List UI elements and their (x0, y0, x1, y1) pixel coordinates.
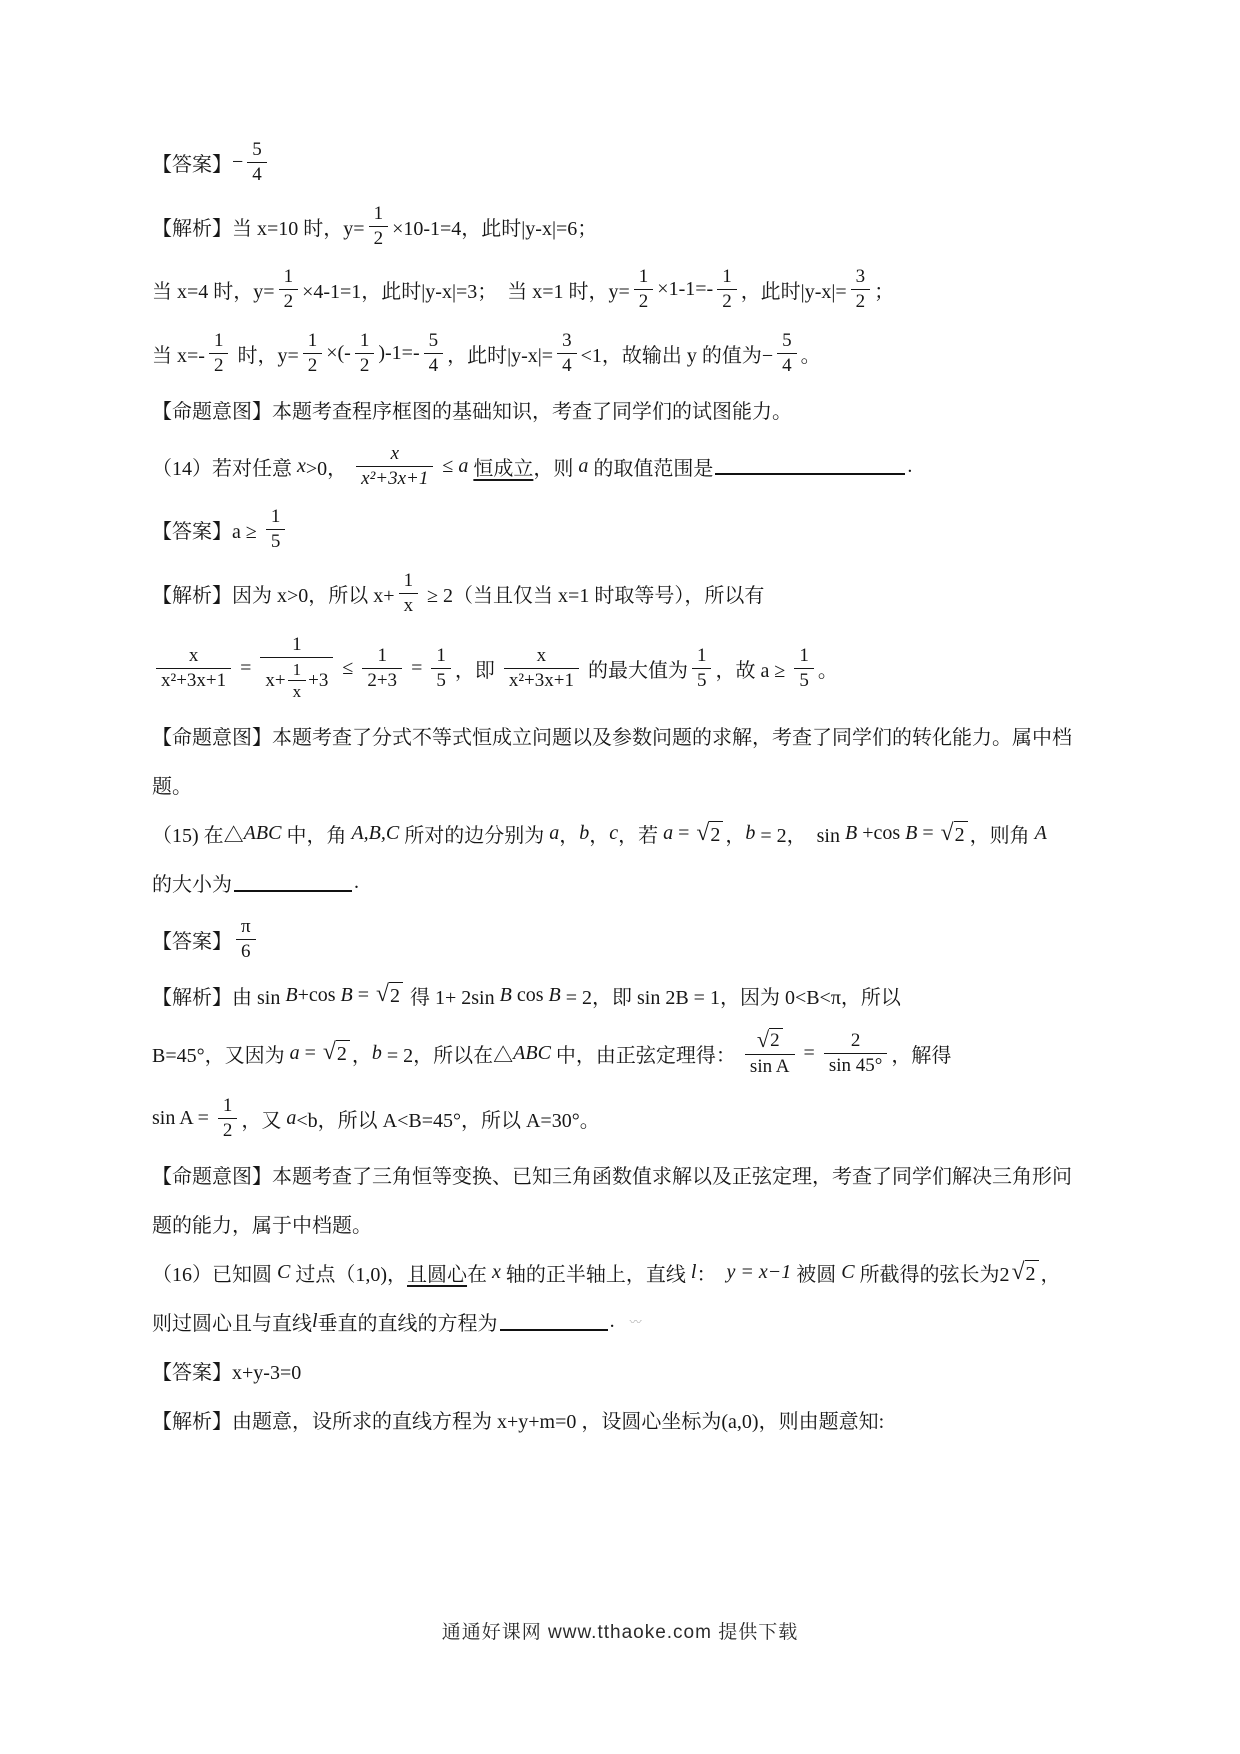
text-run: = (235, 657, 256, 680)
text-run: x+ (265, 670, 285, 692)
radicand: 2 (336, 1040, 350, 1066)
fraction-denominator: sin A (745, 1055, 795, 1079)
fraction-numerator: 1 (431, 644, 451, 669)
text-run: B=45°，又因为 (152, 1039, 290, 1068)
fraction-numerator: 1 (288, 659, 307, 682)
text-run: b (579, 822, 589, 845)
fraction-numerator: √2 (745, 1027, 795, 1055)
text-run: 。 (801, 339, 821, 368)
fraction: 1x (288, 659, 307, 703)
fraction: 1x+1x+3 (260, 633, 333, 704)
text-run: ： (696, 1258, 726, 1287)
fraction-numerator: 3 (557, 329, 577, 354)
text-run: = 2， sin (755, 819, 845, 848)
fraction-numerator: 1 (209, 329, 229, 354)
answer-blank (715, 457, 905, 475)
fraction-denominator: 2 (218, 1119, 238, 1143)
radicand: 2 (709, 821, 723, 847)
fraction-denominator: 2+3 (362, 669, 402, 693)
text-run: A,B,C (351, 822, 399, 845)
fraction-denominator: x (399, 594, 419, 618)
question-15: （15) 在△ABC 中，角 A,B,C 所对的边分别为 a，b，c，若 a =… (152, 817, 1144, 851)
text-run: ，解得 (891, 1039, 951, 1068)
answer-15: 【答案】π6 (152, 915, 1144, 964)
analysis-13-line-1: 【解析】当 x=10 时，y=12×10-1=4，此时|y-x|=6； (152, 202, 1144, 251)
fraction-numerator: 3 (851, 265, 871, 290)
text-run: （15) 在△ (152, 819, 244, 848)
fraction-denominator: 2 (279, 290, 299, 314)
text-run: ， (559, 819, 579, 848)
text-run: ×1-1=- (657, 278, 713, 301)
answer-16: 【答案】x+y-3=0 (152, 1354, 1144, 1388)
sqrt-expression: √2 (757, 1028, 783, 1053)
text-run: x (391, 443, 399, 465)
fraction-denominator: 2 (209, 354, 229, 378)
fraction-numerator: 1 (369, 202, 389, 227)
text-run: ，又 (241, 1104, 286, 1133)
text-run: . (354, 871, 359, 894)
intent-13: 【命题意图】本题考查程序框图的基础知识，考查了同学们的试图能力。 (152, 393, 1144, 427)
answer-14: 【答案】a ≥ 15 (152, 505, 1144, 554)
sqrt-expression: √2 (696, 821, 723, 847)
text-run: ，此时|y-x|= (447, 339, 553, 368)
text-run: 【命题意图】本题考查程序框图的基础知识，考查了同学们的试图能力。 (152, 395, 792, 424)
text-run: ， (589, 819, 609, 848)
text-run: +cos (857, 822, 905, 845)
fraction: 12 (279, 265, 299, 314)
fraction-numerator: 1 (362, 644, 402, 669)
fraction-denominator: sin 45° (824, 1054, 888, 1078)
fraction: 12 (369, 202, 389, 251)
fraction: 54 (247, 138, 267, 187)
text-run: ，即 (455, 654, 500, 683)
text-run: b (372, 1042, 382, 1065)
text-run: 中，由正弦定理得： (551, 1039, 741, 1068)
fraction-denominator: 2 (851, 290, 871, 314)
text-run: ， (352, 1039, 372, 1068)
fraction-denominator: 4 (557, 354, 577, 378)
analysis-16: 【解析】由题意，设所求的直线方程为 x+y+m=0 ，设圆心坐标为(a,0)，则… (152, 1403, 1144, 1437)
analysis-13-line-2: 当 x=4 时，y=12×4-1=1，此时|y-x|=3； 当 x=1 时，y=… (152, 265, 1144, 314)
text-run: +3 (308, 670, 328, 692)
fraction-numerator: 1 (692, 644, 712, 669)
fraction: 2sin 45° (824, 1029, 888, 1078)
fraction-denominator: 2 (717, 290, 737, 314)
text-run: a (663, 822, 673, 845)
text-run: sin A = (152, 1107, 214, 1130)
fraction-denominator: x²+3x+1 (504, 669, 579, 693)
radicand: 2 (1025, 1260, 1039, 1286)
fraction: 12 (355, 329, 375, 378)
text-run: cos (512, 984, 549, 1007)
analysis-15-line-2: B=45°，又因为 a = √2，b = 2，所以在△ABC 中，由正弦定理得：… (152, 1027, 1144, 1079)
text-run: ， (1041, 1258, 1061, 1287)
text-run: ，若 (618, 819, 663, 848)
text-run: （14）若对任意 (152, 452, 297, 481)
radicand: 2 (954, 821, 968, 847)
text-run: 【解析】当 x=10 时，y= (152, 212, 365, 241)
analysis-14-line-1: 【解析】因为 x>0，所以 x+1x ≥ 2（当且仅当 x=1 时取等号），所以… (152, 569, 1144, 618)
document-page: 【答案】−54【解析】当 x=10 时，y=12×10-1=4，此时|y-x|=… (0, 0, 1240, 1754)
fraction: 54 (424, 329, 444, 378)
text-run: ，故 a ≥ (715, 654, 790, 683)
text-run: C (841, 1261, 854, 1284)
radical-sign: √ (696, 821, 709, 846)
text-run: 中，角 (281, 819, 351, 848)
text-run: y = x−1 (726, 1261, 791, 1284)
fraction: 12+3 (362, 644, 402, 693)
intent-15-line-1: 【命题意图】本题考查了三角恒等变换、已知三角函数值求解以及正弦定理，考查了同学们… (152, 1158, 1144, 1192)
fraction: 15 (266, 505, 286, 554)
text-run: 所截得的弦长为2 (855, 1258, 1010, 1287)
analysis-13-line-3: 当 x=-12 时，y=12×(-12)-1=-54，此时|y-x|=34<1，… (152, 329, 1144, 378)
text-run: = (406, 657, 427, 680)
text-run: = (300, 1042, 321, 1065)
text-run: ； (874, 275, 894, 304)
fraction: 12 (634, 265, 654, 314)
text-run: ，此时|y-x|= (741, 275, 847, 304)
text-run: ，则角 (970, 819, 1035, 848)
text-run: B (500, 984, 512, 1007)
text-run: 当 x=4 时，y= (152, 275, 275, 304)
analysis-14-line-2: xx²+3x+1 = 1x+1x+3 ≤ 12+3 = 15，即 xx²+3x+… (152, 633, 1144, 704)
radical-sign: √ (323, 1040, 336, 1065)
text-run: c (609, 822, 618, 845)
text-run: . (907, 455, 912, 478)
text-run: ×10-1=4，此时|y-x|=6； (392, 212, 597, 241)
fraction: 12 (218, 1094, 238, 1143)
fraction-numerator: x (504, 644, 579, 669)
text-run: A (1035, 822, 1047, 845)
sqrt-expression: √2 (1012, 1260, 1039, 1286)
text-run: 被圆 (791, 1258, 841, 1287)
text-run: 的大小为 (152, 868, 232, 897)
fraction-denominator: 4 (247, 163, 267, 187)
sqrt-expression: √2 (941, 821, 968, 847)
text-run: 在 (467, 1258, 492, 1287)
document-body: 【答案】−54【解析】当 x=10 时，y=12×10-1=4，此时|y-x|=… (152, 138, 1144, 1452)
text-run: >0， (306, 452, 352, 481)
intent-15-line-2: 题的能力，属于中档题。 (152, 1207, 1144, 1241)
page-footer: 通通好课网 www.tthaoke.com 提供下载 (0, 1617, 1240, 1644)
text-run: 恒成立 (473, 452, 533, 481)
text-run: 轴的正半轴上，直线 (501, 1258, 691, 1287)
fraction-numerator: 1 (218, 1094, 238, 1119)
intent-14-line-2: 题。 (152, 768, 1144, 802)
text-run: 当 x=- (152, 339, 205, 368)
text-run: 的最大值为 (583, 654, 688, 683)
fraction: 32 (851, 265, 871, 314)
question-16-line-2: 则过圆心且与直线l垂直的直线的方程为. 〰 (152, 1305, 1144, 1339)
text-run: 的取值范围是 (588, 452, 713, 481)
text-run: 〰 (630, 1313, 642, 1330)
text-run: a (290, 1042, 300, 1065)
fraction: 15 (794, 644, 814, 693)
text-run: B (905, 822, 917, 845)
text-run: ×4-1=1，此时|y-x|=3； 当 x=1 时，y= (302, 275, 630, 304)
answer-blank (234, 874, 352, 892)
text-run: B (548, 984, 560, 1007)
fraction: 12 (717, 265, 737, 314)
fraction: 34 (557, 329, 577, 378)
radicand: 2 (389, 982, 403, 1008)
text-run: 【解析】由题意，设所求的直线方程为 x+y+m=0 ，设圆心坐标为(a,0)，则… (152, 1405, 884, 1434)
text-run: ≥ 2（当且仅当 x=1 时取等号），所以有 (422, 579, 764, 608)
fraction-denominator: 4 (777, 354, 797, 378)
text-run: （16）已知圆 (152, 1258, 277, 1287)
radical-sign: √ (376, 982, 389, 1007)
fraction-numerator: 1 (794, 644, 814, 669)
text-run: C (277, 1261, 290, 1284)
text-run: x²+3x+1 (361, 468, 428, 490)
fraction-denominator: 5 (431, 669, 451, 693)
text-run: 【答案】 (152, 925, 232, 954)
text-run: ABC (244, 822, 282, 845)
text-run: = (673, 822, 694, 845)
text-run: = (917, 822, 938, 845)
text-run: = (799, 1042, 820, 1065)
analysis-15-line-3: sin A = 12，又 a<b，所以 A<B=45°，所以 A=30°。 (152, 1094, 1144, 1143)
question-16: （16）已知圆 C 过点（1,0)，且圆心在 x 轴的正半轴上，直线 l： y … (152, 1256, 1144, 1290)
text-run: B (285, 984, 297, 1007)
text-run: 且圆心 (407, 1258, 467, 1287)
text-run: a (549, 822, 559, 845)
question-14: （14）若对任意 x>0， xx²+3x+1 ≤ a 恒成立，则 a 的取值范围… (152, 442, 1144, 491)
answer-13: 【答案】−54 (152, 138, 1144, 187)
radical-sign: √ (941, 821, 954, 846)
text-run: 所对的边分别为 (399, 819, 549, 848)
intent-14-line-1: 【命题意图】本题考查了分式不等式恒成立问题以及参数问题的求解，考查了同学们的转化… (152, 719, 1144, 753)
text-run: b (745, 822, 755, 845)
fraction-numerator: 1 (717, 265, 737, 290)
text-run: <b，所以 A<B=45°，所以 A=30°。 (296, 1104, 599, 1133)
text-run: ×(- (326, 342, 351, 365)
analysis-15-line-1: 【解析】由 sin B+cos B = √2 得 1+ 2sin B cos B… (152, 978, 1144, 1012)
fraction-numerator: x (356, 442, 433, 467)
fraction-denominator: 2 (355, 354, 375, 378)
fraction-denominator: x²+3x+1 (356, 467, 433, 491)
text-run: . (610, 1310, 630, 1333)
text-run: ≤ (337, 657, 358, 680)
fraction-denominator: 6 (236, 940, 256, 964)
text-run: 则过圆心且与直线 (152, 1307, 312, 1336)
fraction-denominator: 5 (692, 669, 712, 693)
text-run: = (353, 984, 374, 1007)
text-run: 【解析】因为 x>0，所以 x+ (152, 579, 395, 608)
fraction-numerator: 1 (399, 569, 419, 594)
fraction: xx²+3x+1 (356, 442, 433, 491)
fraction-denominator: 5 (266, 530, 286, 554)
fraction: 15 (692, 644, 712, 693)
fraction-numerator: 1 (355, 329, 375, 354)
fraction-denominator: 2 (303, 354, 323, 378)
text-run: 题的能力，属于中档题。 (152, 1209, 372, 1238)
fraction: 54 (777, 329, 797, 378)
fraction: 15 (431, 644, 451, 693)
text-run: a (578, 455, 588, 478)
fraction-denominator: 2 (369, 227, 389, 251)
text-run: 时，y= (232, 339, 298, 368)
fraction-denominator: 5 (794, 669, 814, 693)
fraction-numerator: x (156, 644, 231, 669)
text-run: 。 (818, 654, 838, 683)
sqrt-expression: √2 (323, 1040, 350, 1066)
fraction-denominator: 2 (634, 290, 654, 314)
fraction-numerator: 1 (266, 505, 286, 530)
fraction: 12 (303, 329, 323, 378)
text-run: − (232, 151, 243, 174)
text-run: x (492, 1261, 501, 1284)
text-run: 【答案】x+y-3=0 (152, 1356, 301, 1385)
fraction-numerator: 1 (634, 265, 654, 290)
radical-sign: √ (1012, 1260, 1025, 1285)
text-run: ， (725, 819, 745, 848)
text-run: = 2，所以在△ (382, 1039, 513, 1068)
text-run: x (297, 455, 306, 478)
text-run: 过点（1,0)， (290, 1258, 407, 1287)
fraction-denominator: x+1x+3 (260, 658, 333, 704)
fraction-numerator: 1 (260, 633, 333, 658)
text-run: a (458, 455, 468, 478)
fraction: 12 (209, 329, 229, 378)
question-15-line-2: 的大小为. (152, 866, 1144, 900)
text-run: B (341, 984, 353, 1007)
text-run: 【答案】 (152, 148, 232, 177)
fraction-numerator: 2 (824, 1029, 888, 1054)
text-run: 【解析】由 sin (152, 981, 285, 1010)
text-run: <1，故输出 y 的值为− (581, 339, 774, 368)
text-run: 【答案】a ≥ (152, 515, 262, 544)
fraction-numerator: 5 (777, 329, 797, 354)
fraction: 1x (399, 569, 419, 618)
answer-blank (500, 1313, 608, 1331)
text-run: ABC (513, 1042, 551, 1065)
text-run: 得 1+ 2sin (405, 981, 500, 1010)
fraction: xx²+3x+1 (504, 644, 579, 693)
text-run: +cos (298, 984, 341, 1007)
fraction: π6 (236, 915, 256, 964)
text-run: )-1=- (378, 342, 419, 365)
fraction-numerator: 5 (247, 138, 267, 163)
radicand: 2 (769, 1028, 783, 1053)
text-run: B (845, 822, 857, 845)
fraction-numerator: π (236, 915, 256, 940)
text-run: 垂直的直线的方程为 (318, 1307, 498, 1336)
text-run: ≤ (437, 455, 458, 478)
text-run: 【命题意图】本题考查了分式不等式恒成立问题以及参数问题的求解，考查了同学们的转化… (152, 721, 1072, 750)
fraction-denominator: x (288, 681, 307, 703)
text-run: = 2，即 sin 2B = 1，因为 0<B<π，所以 (561, 981, 901, 1010)
text-run: a (286, 1107, 296, 1130)
text-run: 题。 (152, 770, 192, 799)
fraction-denominator: x²+3x+1 (156, 669, 231, 693)
fraction-numerator: 1 (303, 329, 323, 354)
fraction-denominator: 4 (424, 354, 444, 378)
text-run: ，则 (533, 452, 578, 481)
fraction: √2sin A (745, 1027, 795, 1079)
text-run: 【命题意图】本题考查了三角恒等变换、已知三角函数值求解以及正弦定理，考查了同学们… (152, 1160, 1072, 1189)
sqrt-expression: √2 (376, 982, 403, 1008)
fraction-numerator: 5 (424, 329, 444, 354)
radical-sign: √ (757, 1028, 769, 1052)
fraction-numerator: 1 (279, 265, 299, 290)
fraction: xx²+3x+1 (156, 644, 231, 693)
